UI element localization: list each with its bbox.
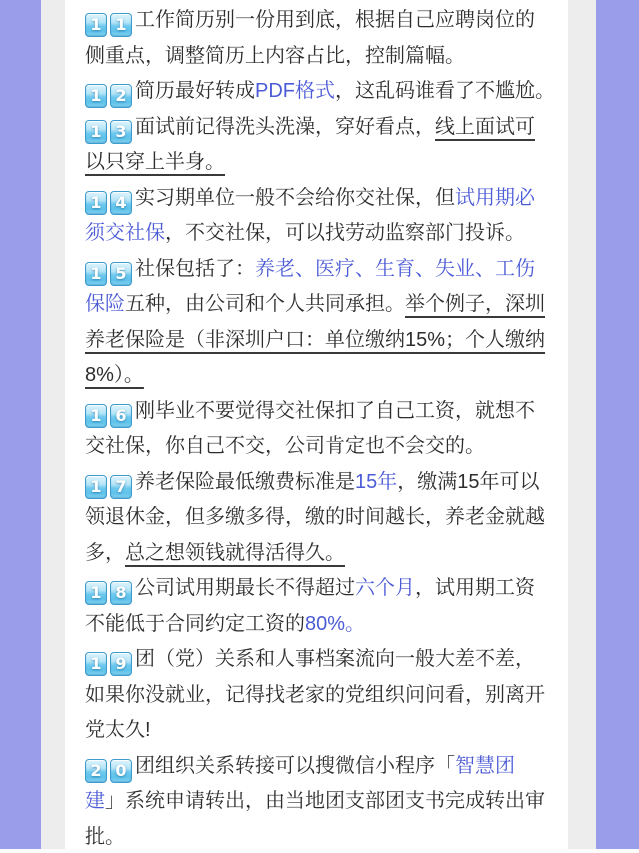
right-border-band [596, 0, 639, 853]
tip-text: ，不交社保，可以找劳动监察部门投诉。 [165, 222, 525, 244]
tip-text: ，这乱码谁看了不尴尬。 [335, 80, 555, 102]
tip-text: 团组织关系转接可以搜微信小程序「 [135, 755, 455, 777]
tips-list: 11工作简历别一份用到底，根据自己应聘岗位的 侧重点，调整简历上内容占比，控制篇… [65, 3, 568, 853]
tip-number-badge: 7 [110, 475, 132, 499]
tip-text: 公司试用期最长不得超过 [135, 577, 355, 599]
tip-number-badge: 6 [110, 404, 132, 428]
underlined-text: 总之想领钱就得活得久。 [125, 542, 345, 564]
tip-18: 18公司试用期最长不得超过六个月，试用期工资 不能低于合同约定工资的80%。 [85, 571, 564, 642]
tip-number-badge: 1 [85, 84, 107, 108]
tip-text: 简历最好转成 [135, 80, 255, 102]
tip-number-badge: 9 [110, 652, 132, 676]
article-page: 11工作简历别一份用到底，根据自己应聘岗位的 侧重点，调整简历上内容占比，控制篇… [0, 0, 639, 853]
tip-19: 19团（党）关系和人事档案流向一般大差不差， 如果你没就业，记得找老家的党组织问… [85, 642, 564, 749]
tip-number-badge: 1 [85, 581, 107, 605]
tip-number-badge: 8 [110, 581, 132, 605]
tip-12: 12简历最好转成PDF格式，这乱码谁看了不尴尬。 [85, 74, 564, 110]
highlight-text: 80%。 [305, 613, 365, 635]
tip-number-badge: 2 [85, 759, 107, 783]
highlight-text: 六个月 [355, 577, 415, 599]
tip-text: 五种，由公司和个人共同承担。 [125, 293, 405, 315]
tip-number-badge: 1 [110, 13, 132, 37]
tip-16: 16刚毕业不要觉得交社保扣了自己工资，就想不 交社保，你自己不交，公司肯定也不会… [85, 394, 564, 465]
tip-number-badge: 1 [85, 13, 107, 37]
tip-11: 11工作简历别一份用到底，根据自己应聘岗位的 侧重点，调整简历上内容占比，控制篇… [85, 3, 564, 74]
tip-text: 社保包括了： [135, 258, 255, 280]
tip-text: 实习期单位一般不会给你交社保，但 [135, 187, 455, 209]
tip-14: 14实习期单位一般不会给你交社保，但试用期必 须交社保，不交社保，可以找劳动监察… [85, 181, 564, 252]
tip-17: 17养老保险最低缴费标准是15年，缴满15年可以 领退休金，但多缴多得，缴的时间… [85, 465, 564, 572]
tip-text: 团（党）关系和人事档案流向一般大差不差， 如果你没就业，记得找老家的党组织问问看… [85, 648, 545, 741]
tip-text: 面试前记得洗头洗澡，穿好看点， [135, 116, 435, 138]
tip-text: 」系统申请转出，由当地团支部团支书完成转出审 批。 [85, 790, 545, 848]
tip-text: 养老保险最低缴费标准是 [135, 471, 355, 493]
article-content-card: 11工作简历别一份用到底，根据自己应聘岗位的 侧重点，调整简历上内容占比，控制篇… [65, 0, 568, 849]
tip-number-badge: 1 [85, 475, 107, 499]
tip-text: 刚毕业不要觉得交社保扣了自己工资，就想不 交社保，你自己不交，公司肯定也不会交的… [85, 400, 535, 458]
tip-number-badge: 1 [85, 404, 107, 428]
tip-number-badge: 1 [85, 652, 107, 676]
tip-number-badge: 1 [85, 262, 107, 286]
tip-number-badge: 5 [110, 262, 132, 286]
tip-text: 工作简历别一份用到底，根据自己应聘岗位的 侧重点，调整简历上内容占比，控制篇幅。 [85, 9, 535, 67]
highlight-text: PDF格式 [255, 80, 335, 102]
left-border-band [0, 0, 41, 853]
tip-number-badge: 1 [85, 191, 107, 215]
tip-15: 15社保包括了：养老、医疗、生育、失业、工伤 保险五种，由公司和个人共同承担。举… [85, 252, 564, 394]
tip-number-badge: 2 [110, 84, 132, 108]
tip-number-badge: 3 [110, 120, 132, 144]
highlight-text: 15年 [355, 471, 397, 493]
tip-number-badge: 0 [110, 759, 132, 783]
bottom-edge-strip [0, 849, 639, 853]
tip-number-badge: 4 [110, 191, 132, 215]
tip-13: 13面试前记得洗头洗澡，穿好看点，线上面试可 以只穿上半身。 [85, 110, 564, 181]
tip-number-badge: 1 [85, 120, 107, 144]
tip-20: 20团组织关系转接可以搜微信小程序「智慧团 建」系统申请转出，由当地团支部团支书… [85, 749, 564, 853]
